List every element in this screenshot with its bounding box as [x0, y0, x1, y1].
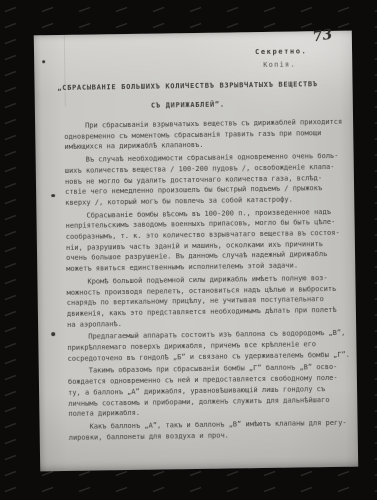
paragraph: При сбрасываніи взрывчатыхъ веществъ съ …	[64, 117, 349, 153]
title-line-1: „СБРАСЫВАНІЕ БОЛЬШИХЪ КОЛИЧЕСТВЪ ВЗРЫВЧА…	[35, 80, 341, 93]
paragraph: Сбрасываніе бомбы вѣсомъ въ 100-200 п., …	[65, 206, 351, 274]
paragraph: Предлагаемый аппаратъ состоитъ изъ балло…	[67, 328, 352, 364]
document-page: 73 Секретно. Копія. „СБРАСЫВАНІЕ БОЛЬШИХ…	[34, 31, 358, 472]
paragraph: Какъ баллонъ „А”, такъ и баллонъ „В” имѣ…	[69, 418, 354, 444]
handwritten-page-number: 73	[311, 27, 333, 46]
paragraph: Кромѣ большой подъемной силы дирижабль и…	[66, 273, 352, 331]
copy-label: Копія.	[263, 61, 296, 69]
paragraph: Въ случаѣ необходимости сбрасыванія одно…	[65, 151, 351, 209]
ink-speck	[51, 194, 55, 197]
ink-speck	[51, 332, 55, 336]
paragraph: Такимъ образомъ при сбрасываніи бомбы „Г…	[68, 362, 354, 420]
title-line-2: СЪ ДИРИЖАБЛЕЙ”.	[35, 99, 341, 112]
ink-speck	[42, 60, 45, 63]
scan-background: 73 Секретно. Копія. „СБРАСЫВАНІЕ БОЛЬШИХ…	[0, 0, 377, 500]
document-title: „СБРАСЫВАНІЕ БОЛЬШИХЪ КОЛИЧЕСТВЪ ВЗРЫВЧА…	[35, 80, 341, 112]
classification-label: Секретно.	[255, 47, 307, 56]
document-body: При сбрасываніи взрывчатыхъ веществъ съ …	[64, 117, 354, 446]
